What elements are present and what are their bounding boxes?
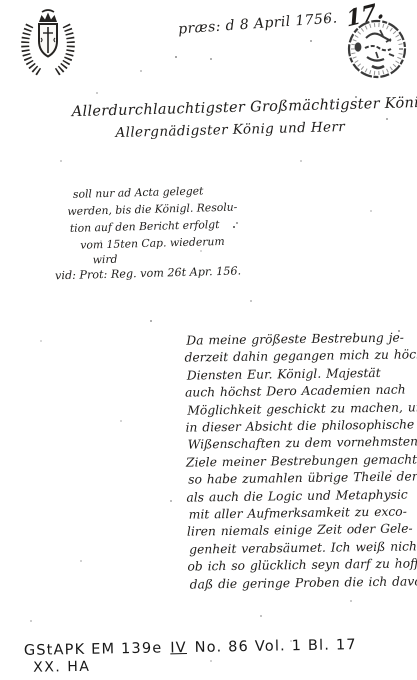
signature-roman-numeral: IV — [168, 640, 189, 656]
salutation: Allerdurchlauchtigster Großmächtigster K… — [72, 96, 389, 142]
signature-prefix: GStAPK EM 139e — [24, 640, 169, 659]
manuscript-page: præs: d 8 April 1756. 17. Allerdurchlauc… — [0, 0, 417, 680]
chancellery-marginal-note: soll nur ad Acta geleget werden, bis die… — [57, 182, 230, 284]
salutation-line-2: Allergnädigster König und Herr — [72, 118, 388, 142]
presentation-date-note: præs: d 8 April 1756. — [178, 10, 339, 37]
scan-noise — [0, 0, 2, 2]
archive-seal-icon — [16, 6, 80, 80]
signature-suffix: No. 86 Vol. 1 Bl. 17 — [189, 637, 357, 656]
body-line: derzeit dahin gegangen mich zu höchsten — [184, 347, 416, 368]
letter-body: Da meine größeste Bestrebung je- derzeit… — [184, 329, 417, 593]
body-line: daß die geringe Proben die ich davon — [190, 573, 417, 594]
marginal-note-line: vid: Prot: Reg. vom 26t Apr. 156. — [55, 263, 229, 285]
salutation-line-1: Allerdurchlauchtigster Großmächtigster K… — [72, 96, 388, 120]
archival-signature: GStAPK EM 139e IV No. 86 Vol. 1 Bl. 17 X… — [24, 637, 357, 676]
